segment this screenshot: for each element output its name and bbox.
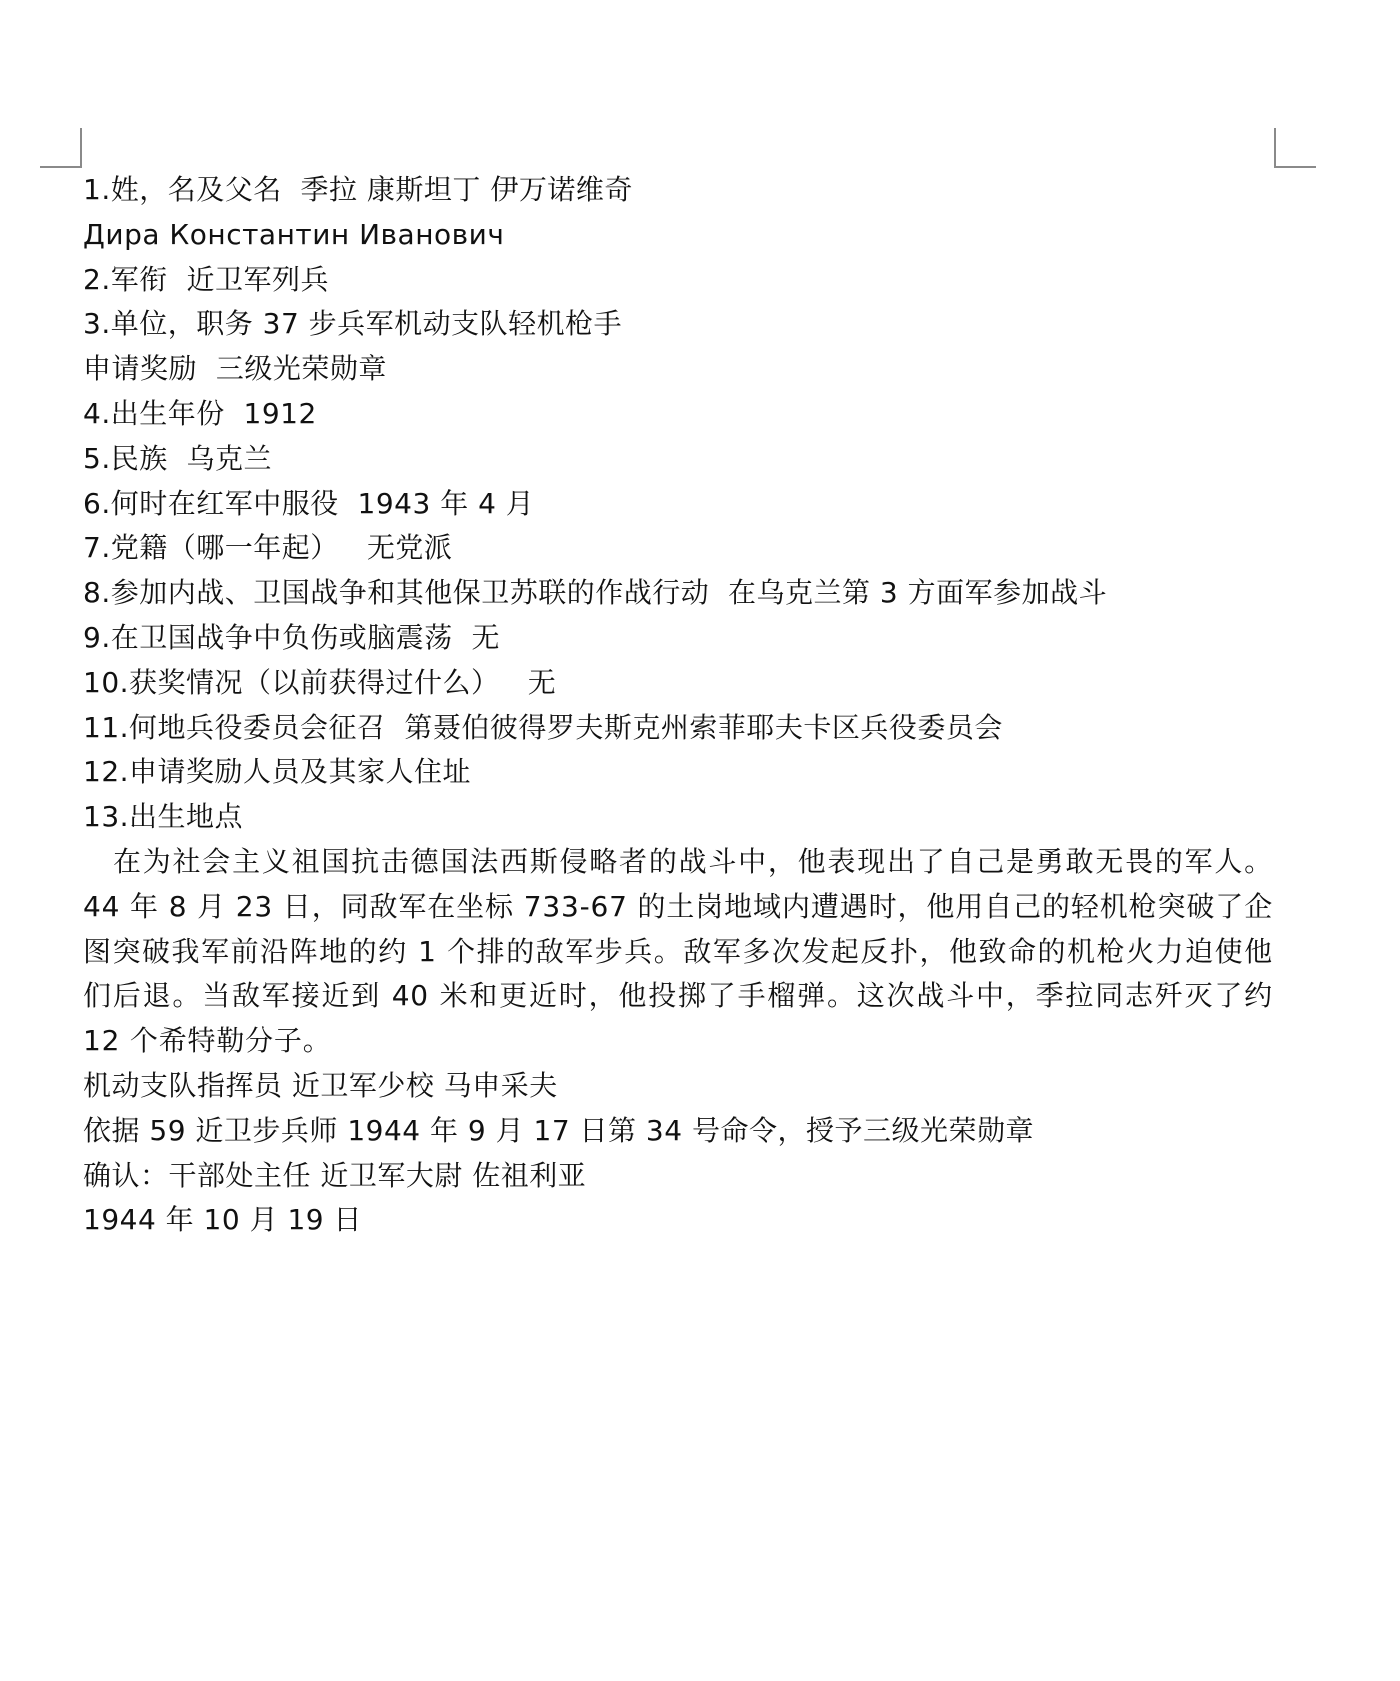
field-birth-year: 4.出生年份 1912 (83, 392, 1273, 437)
field-value: 近卫军列兵 (187, 263, 330, 296)
field-label: 5.民族 (83, 442, 168, 475)
signature-commander: 机动支队指挥员 近卫军少校 马申采夫 (83, 1064, 1273, 1109)
field-combat-participation: 8.参加内战、卫国战争和其他保卫苏联的作战行动 在乌克兰第 3 方面军参加战斗 (83, 571, 1273, 616)
field-name-russian: Дира Константин Иванович (83, 213, 1273, 258)
field-wounds: 9.在卫国战争中负伤或脑震荡 无 (83, 616, 1273, 661)
field-value: 无 (472, 621, 501, 654)
field-label: 4.出生年份 (83, 397, 225, 430)
page-margin-mark-top-left (40, 128, 82, 168)
field-label: 11.何地兵役委员会征召 (83, 711, 386, 744)
field-label: 9.在卫国战争中负伤或脑震荡 (83, 621, 453, 654)
field-birthplace: 13.出生地点 (83, 795, 1273, 840)
field-label: 12.申请奖励人员及其家人住址 (83, 755, 471, 788)
field-draft-office: 11.何地兵役委员会征召 第聂伯彼得罗夫斯克州索菲耶夫卡区兵役委员会 (83, 706, 1273, 751)
field-value: 无 (518, 666, 556, 699)
field-value: 三级光荣勋章 (216, 352, 387, 385)
field-value: 1943 年 4 月 (358, 487, 535, 520)
field-value: 季拉 康斯坦丁 伊万诺维奇 (301, 173, 633, 206)
field-service-start: 6.何时在红军中服役 1943 年 4 月 (83, 482, 1273, 527)
field-label: 1.姓，名及父名 (83, 173, 282, 206)
field-label: 8.参加内战、卫国战争和其他保卫苏联的作战行动 (83, 576, 709, 609)
field-label: 申请奖励 (83, 352, 197, 385)
field-value: 37 步兵军机动支队轻机枪手 (263, 307, 623, 340)
field-value: 无党派 (358, 531, 453, 564)
field-value: Дира Константин Иванович (83, 218, 504, 251)
field-nationality: 5.民族 乌克兰 (83, 437, 1273, 482)
field-party-membership: 7.党籍（哪一年起） 无党派 (83, 526, 1273, 571)
citation-paragraph: 在为社会主义祖国抗击德国法西斯侵略者的战斗中，他表现出了自己是勇敢无畏的军人。4… (83, 840, 1273, 1064)
signature-confirmation: 确认：干部处主任 近卫军大尉 佐祖利亚 (83, 1154, 1273, 1199)
field-label: 2.军衔 (83, 263, 168, 296)
field-label: 3.单位，职务 (83, 307, 253, 340)
signature-date: 1944 年 10 月 19 日 (83, 1198, 1273, 1243)
field-name: 1.姓，名及父名 季拉 康斯坦丁 伊万诺维奇 (83, 168, 1273, 213)
field-home-address: 12.申请奖励人员及其家人住址 (83, 750, 1273, 795)
field-rank: 2.军衔 近卫军列兵 (83, 258, 1273, 303)
field-label: 7.党籍（哪一年起） (83, 531, 339, 564)
field-value: 乌克兰 (187, 442, 273, 475)
field-value: 第聂伯彼得罗夫斯克州索菲耶夫卡区兵役委员会 (404, 711, 1003, 744)
field-label: 6.何时在红军中服役 (83, 487, 339, 520)
field-award-requested: 申请奖励 三级光荣勋章 (83, 347, 1273, 392)
field-previous-awards: 10.获奖情况（以前获得过什么） 无 (83, 661, 1273, 706)
field-label: 13.出生地点 (83, 800, 243, 833)
signature-order-reference: 依据 59 近卫步兵师 1944 年 9 月 17 日第 34 号命令，授予三级… (83, 1109, 1273, 1154)
field-label: 10.获奖情况（以前获得过什么） (83, 666, 500, 699)
field-value: 在乌克兰第 3 方面军参加战斗 (728, 576, 1107, 609)
field-value: 1912 (244, 397, 317, 430)
page-margin-mark-top-right (1274, 128, 1316, 168)
document-body: 1.姓，名及父名 季拉 康斯坦丁 伊万诺维奇 Дира Константин И… (83, 168, 1273, 1243)
field-unit-position: 3.单位，职务 37 步兵军机动支队轻机枪手 (83, 302, 1273, 347)
